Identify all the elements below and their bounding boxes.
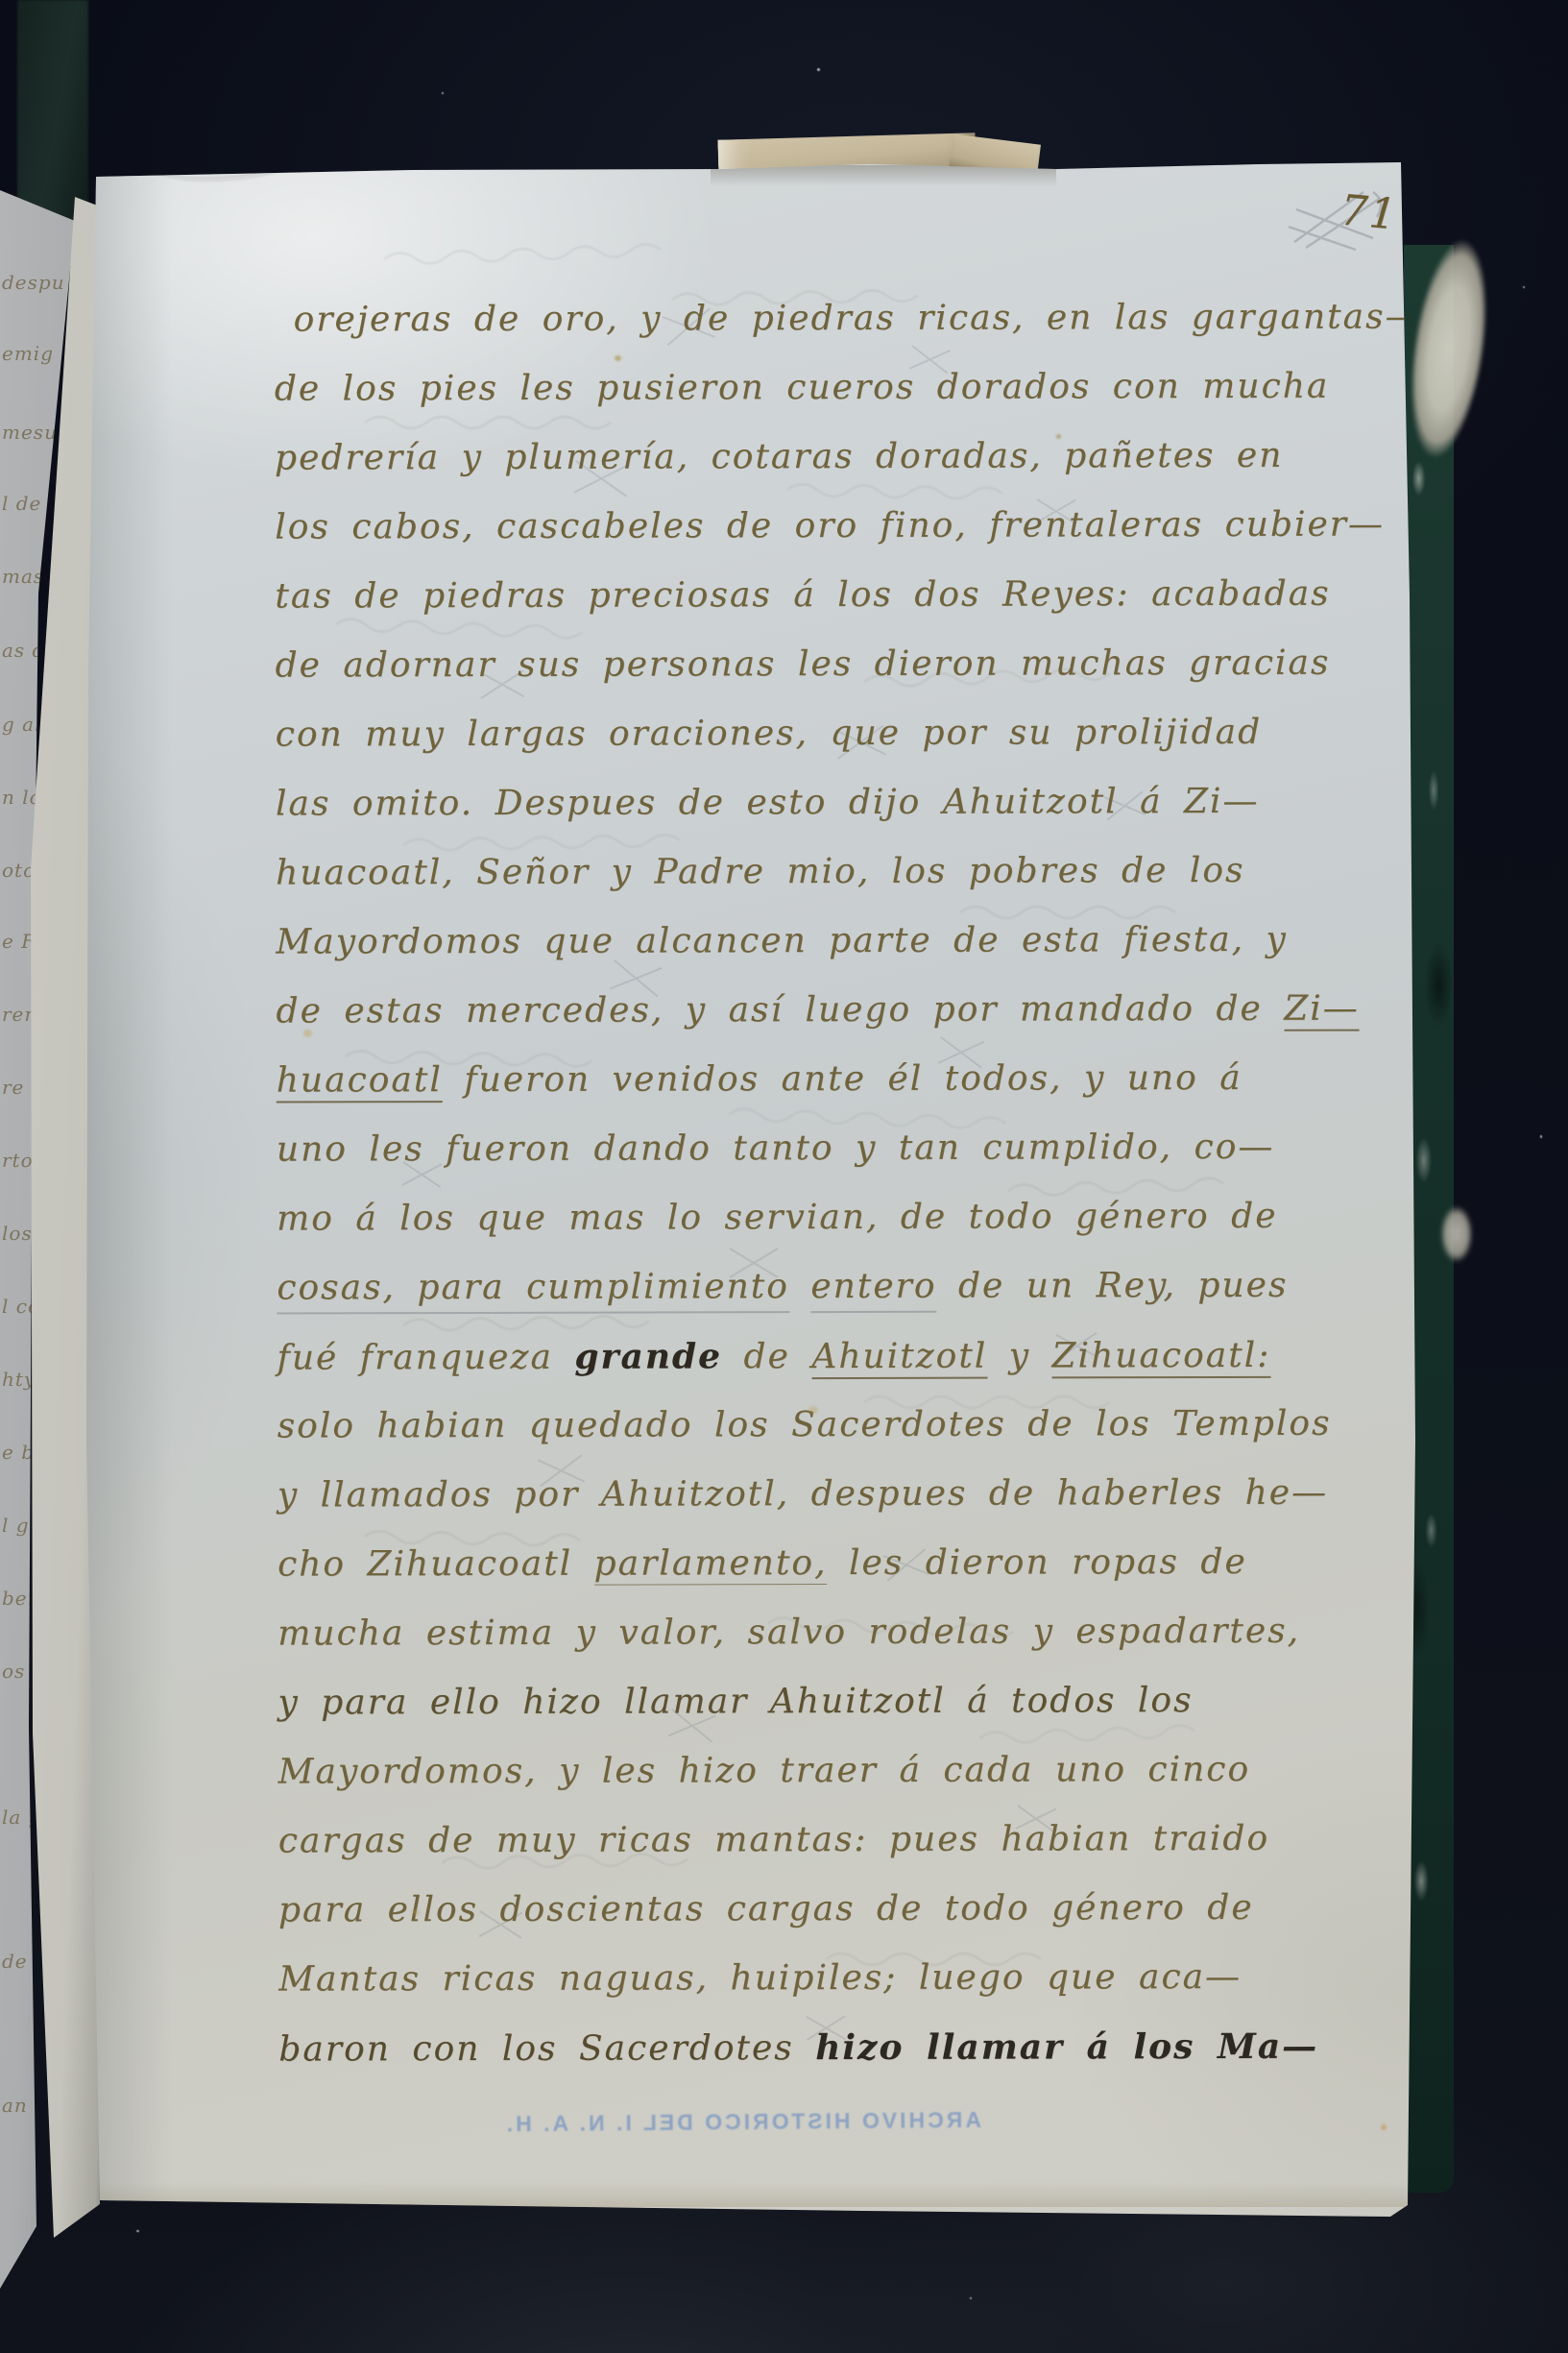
book-board-left — [17, 0, 88, 229]
manuscript-line: y llamados por Ahuitzotl, despues de hab… — [277, 1458, 1411, 1530]
manuscript-line: mucha estima y valor, salvo rodelas y es… — [277, 1596, 1411, 1668]
manuscript-line: fué franqueza grande de Ahuitzotl y Zihu… — [277, 1320, 1410, 1392]
previous-page-text-fragment: emig — [2, 342, 54, 365]
manuscript-line: las omito. Despues de esto dijo Ahuitzot… — [276, 766, 1409, 838]
page-number: 71 — [1339, 185, 1400, 239]
manuscript-line: baron con los Sacerdotes hizo llamar á l… — [278, 2011, 1411, 2083]
gutter-shadow — [86, 173, 173, 2204]
manuscript-line: Mantas ricas naguas, huipiles; luego que… — [278, 1942, 1411, 2014]
foxing-spot — [615, 355, 621, 361]
manuscript-line: de estas mercedes, y así luego por manda… — [276, 974, 1409, 1046]
dust-speck — [970, 2297, 972, 2299]
previous-page-text-fragment: de — [2, 1950, 28, 1973]
manuscript-line: mo á los que mas lo servian, de todo gén… — [277, 1181, 1410, 1253]
manuscript-line: de los pies les pusieron cueros dorados … — [275, 352, 1408, 424]
manuscript-line: cho Zihuacoatl parlamento, les dieron ro… — [277, 1527, 1411, 1599]
manuscript-line: solo habian quedado los Sacerdotes de lo… — [277, 1389, 1411, 1461]
frayed-cloth-bit — [1440, 1205, 1473, 1263]
manuscript-line: y para ello hizo llamar Ahuitzotl á todo… — [277, 1665, 1411, 1737]
dust-speck — [817, 68, 820, 71]
bottom-edge-shading — [96, 2182, 1411, 2207]
manuscript-page: 71 orejeras de oro, y de piedras ricas, … — [0, 0, 1568, 2353]
manuscript-line: con muy largas oraciones, que por su pro… — [276, 697, 1409, 769]
manuscript-line: Mayordomos, y les hizo traer á cada uno … — [278, 1734, 1411, 1807]
dust-speck — [1540, 1135, 1542, 1138]
top-edge-shadow — [711, 165, 1056, 186]
manuscript-line: huacoatl, Señor y Padre mio, los pobres … — [276, 836, 1409, 908]
foxing-spot — [1056, 434, 1061, 439]
previous-page-text-fragment: hty — [2, 1368, 36, 1391]
manuscript-line: pedrería y plumería, cotaras doradas, pa… — [275, 421, 1408, 493]
manuscript-line: uno les fueron dando tanto y tan cumplid… — [277, 1112, 1410, 1184]
previous-page-text-fragment: an — [2, 2094, 28, 2117]
previous-page-text-fragment: g al — [2, 713, 41, 736]
manuscript-line: tas de piedras preciosas á los dos Reyes… — [275, 559, 1408, 631]
foxing-spot — [303, 1030, 312, 1037]
previous-page-text-fragment: mesu — [2, 421, 58, 444]
previous-page-text-fragment: despu — [2, 271, 65, 294]
dust-speck — [1523, 286, 1525, 288]
previous-page-text-fragment: mas — [2, 565, 44, 588]
foxing-spot — [1381, 2124, 1387, 2130]
manuscript-line: de adornar sus personas les dieron mucha… — [275, 628, 1408, 700]
photo-background: despuemigmesul demasas dosg aln losotome… — [0, 0, 1568, 2353]
manuscript-line: cosas, para cumplimiento entero de un Re… — [277, 1250, 1410, 1322]
archive-stamp: ARCHIVO HISTORICO DEL I. N. A. H. — [530, 2098, 981, 2146]
manuscript-line: Mayordomos que alcancen parte de esta fi… — [276, 905, 1409, 977]
manuscript-line: orejeras de oro, y de piedras ricas, en … — [275, 282, 1408, 354]
manuscript-line: huacoatl fueron venidos ante él todos, y… — [277, 1043, 1410, 1115]
dust-speck — [136, 2230, 139, 2232]
previous-page-text-fragment: l de — [2, 492, 41, 515]
manuscript-line: para ellos doscientas cargas de todo gén… — [278, 1873, 1411, 1945]
manuscript-line: cargas de muy ricas mantas: pues habian … — [278, 1804, 1411, 1876]
foxing-spot — [413, 1909, 420, 1915]
foxing-spot — [808, 1406, 818, 1414]
dust-speck — [442, 92, 444, 94]
previous-page-text-fragment: la g — [2, 1806, 41, 1829]
manuscript-text: orejeras de oro, y de piedras ricas, en … — [275, 282, 1412, 2083]
manuscript-line: los cabos, cascabeles de oro fino, frent… — [275, 490, 1408, 562]
